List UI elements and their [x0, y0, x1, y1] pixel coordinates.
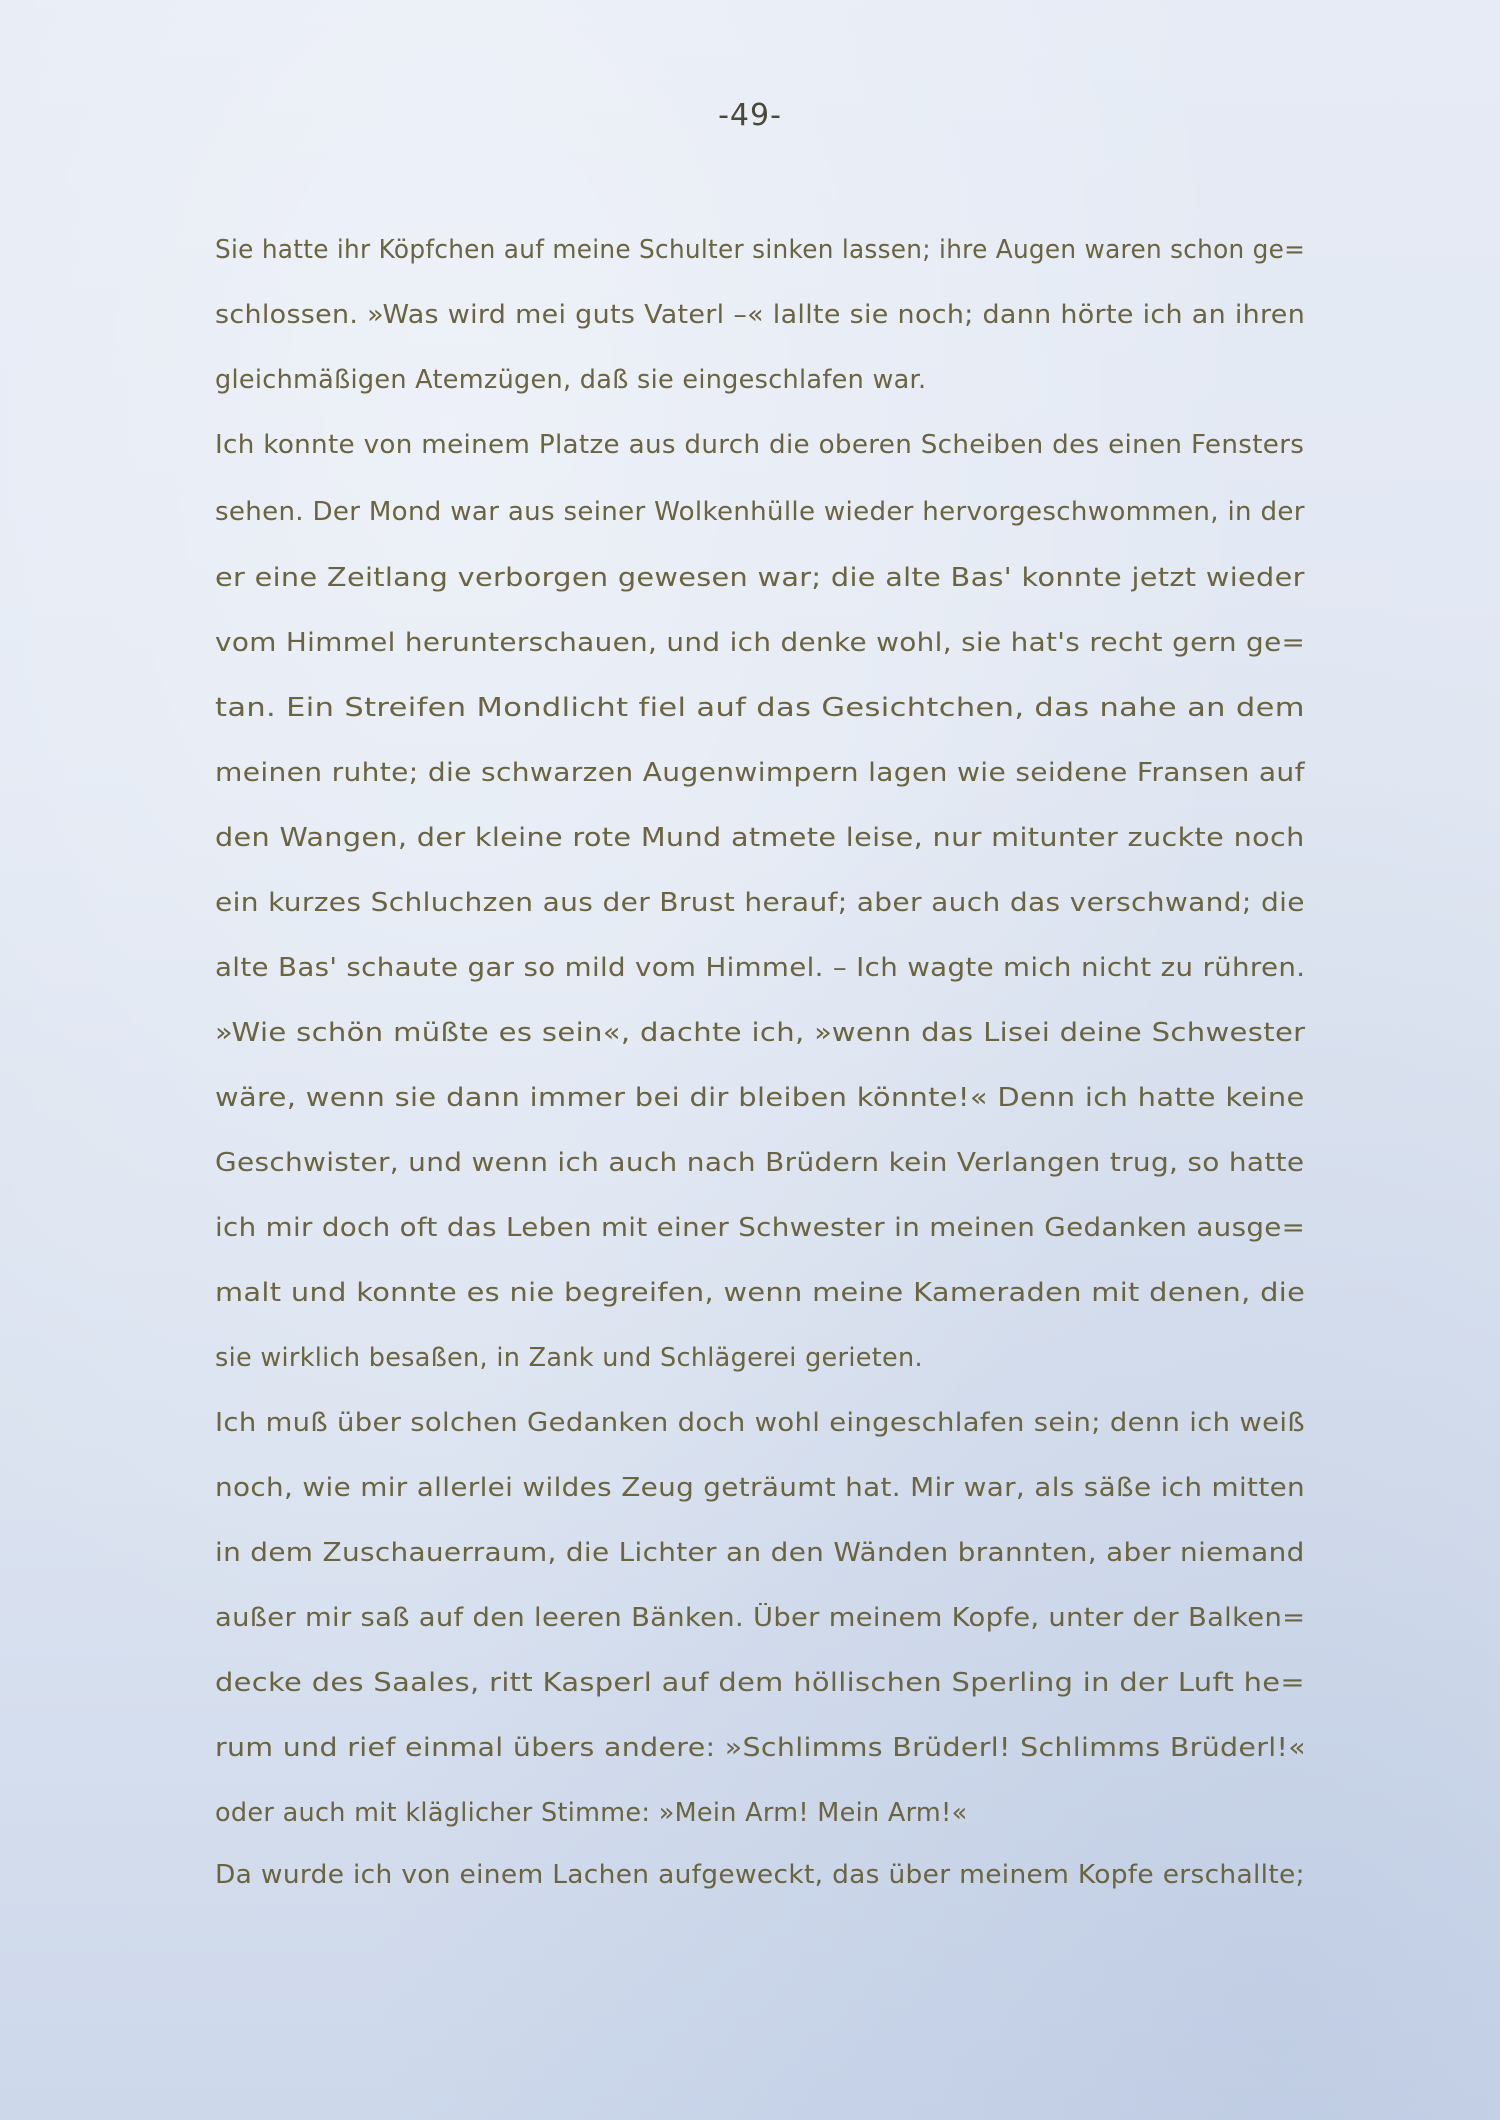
text-line: malt und konnte es nie begreifen, wenn m… — [215, 1278, 1305, 1308]
text-line: den Wangen, der kleine rote Mund atmete … — [215, 823, 1305, 853]
text-line: Geschwister, und wenn ich auch nach Brüd… — [215, 1148, 1304, 1178]
text-line: Da wurde ich von einem Lachen aufgeweckt… — [215, 1860, 1305, 1890]
text-line: ich mir doch oft das Leben mit einer Sch… — [215, 1213, 1305, 1243]
text-line: sie wirklich besaßen, in Zank und Schläg… — [215, 1343, 923, 1373]
text-line: Sie hatte ihr Köpfchen auf meine Schulte… — [215, 235, 1305, 265]
text-line: meinen ruhte; die schwarzen Augenwimpern… — [215, 758, 1305, 788]
text-line: sehen. Der Mond war aus seiner Wolkenhül… — [215, 497, 1305, 527]
text-line: noch, wie mir allerlei wildes Zeug geträ… — [215, 1473, 1305, 1503]
text-line: »Wie schön müßte es sein«, dachte ich, »… — [215, 1018, 1305, 1048]
text-line: oder auch mit kläglicher Stimme: »Mein A… — [215, 1798, 967, 1828]
text-line: Ich konnte von meinem Platze aus durch d… — [215, 430, 1304, 460]
text-line: decke des Saales, ritt Kasperl auf dem h… — [215, 1668, 1305, 1698]
text-line: in dem Zuschauerraum, die Lichter an den… — [215, 1538, 1305, 1568]
text-line: alte Bas' schaute gar so mild vom Himmel… — [215, 953, 1305, 983]
text-line: ein kurzes Schluchzen aus der Brust hera… — [215, 888, 1305, 918]
manuscript-page: -49- Sie hatte ihr Köpfchen auf meine Sc… — [0, 0, 1500, 2120]
text-line: tan. Ein Streifen Mondlicht fiel auf das… — [215, 693, 1305, 723]
text-line: gleichmäßigen Atemzügen, daß sie eingesc… — [215, 365, 926, 395]
text-line: schlossen. »Was wird mei guts Vaterl –« … — [215, 300, 1305, 330]
text-line: Ich muß über solchen Gedanken doch wohl … — [215, 1408, 1305, 1438]
text-line: wäre, wenn sie dann immer bei dir bleibe… — [215, 1083, 1305, 1113]
text-line: vom Himmel herunterschauen, und ich denk… — [215, 628, 1305, 658]
text-line: er eine Zeitlang verborgen gewesen war; … — [215, 563, 1305, 593]
text-line: rum und rief einmal übers andere: »Schli… — [215, 1733, 1306, 1763]
page-number: -49- — [0, 98, 1500, 133]
text-line: außer mir saß auf den leeren Bänken. Übe… — [215, 1603, 1305, 1633]
